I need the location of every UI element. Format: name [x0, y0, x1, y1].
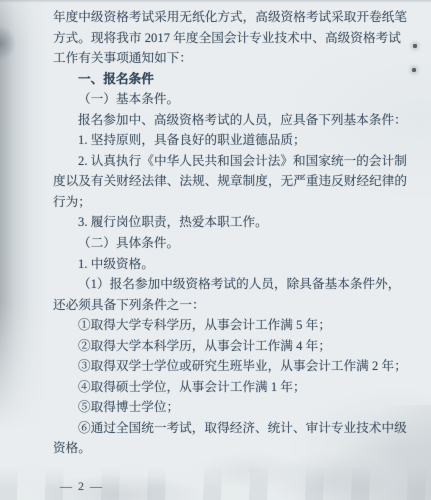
- document-line: ①取得大学专科学历，从事会计工作满 5 年；: [53, 315, 413, 336]
- document-line: ⑤取得博士学位；: [53, 397, 413, 418]
- text-block: 年度中级资格考试采用无纸化方式，高级资格考试采取开卷纸笔方式。现将我市 2017…: [53, 7, 413, 459]
- document-line: 报名参加中、高级资格考试的人员，应具备下列基本条件：: [53, 110, 413, 131]
- document-line: ⑥通过全国统一考试，取得经济、统计、审计专业技术中级: [53, 418, 413, 439]
- document-line: 方式。现将我市 2017 年度全国会计专业技术中、高级资格考试: [53, 28, 413, 49]
- document-line: ④取得硕士学位，从事会计工作满 1 年；: [53, 377, 413, 398]
- document-line: （1）报名参加中级资格考试的人员，除具备基本条件外，: [53, 274, 413, 295]
- scan-shadow-blotch: [0, 26, 16, 60]
- document-line: 一、报名条件: [53, 69, 413, 90]
- document-line: 资格。: [53, 438, 413, 459]
- document-line: 1. 坚持原则，具备良好的职业道德品质；: [53, 130, 413, 151]
- document-line: ③取得双学士学位或研究生班毕业，从事会计工作满 2 年；: [53, 356, 413, 377]
- page-number: — 2 —: [60, 479, 104, 494]
- document-line: 度以及有关财经法律、法规、规章制度，无严重违反财经纪律的: [53, 171, 413, 192]
- document-line: 3. 履行岗位职责，热爱本职工作。: [53, 212, 413, 233]
- document-line: 1. 中级资格。: [53, 254, 413, 275]
- document-line: ②取得大学本科学历，从事会计工作满 4 年；: [53, 336, 413, 357]
- ink-speck: [413, 44, 417, 48]
- scan-shadow-left-edge: [0, 0, 48, 430]
- document-line: （二）具体条件。: [53, 233, 413, 254]
- document-line: 年度中级资格考试采用无纸化方式，高级资格考试采取开卷纸笔: [53, 7, 413, 28]
- document-line: 行为；: [53, 192, 413, 213]
- scan-shadow-top-edge: [0, 0, 431, 3]
- document-line: 工作有关事项通知如下：: [53, 48, 413, 69]
- document-line: 2. 认真执行《中华人民共和国会计法》和国家统一的会计制: [53, 151, 413, 172]
- scanned-document-page: 年度中级资格考试采用无纸化方式，高级资格考试采取开卷纸笔方式。现将我市 2017…: [0, 0, 431, 500]
- document-line: （一）基本条件。: [53, 89, 413, 110]
- document-line: 还必须具备下列条件之一：: [53, 295, 413, 316]
